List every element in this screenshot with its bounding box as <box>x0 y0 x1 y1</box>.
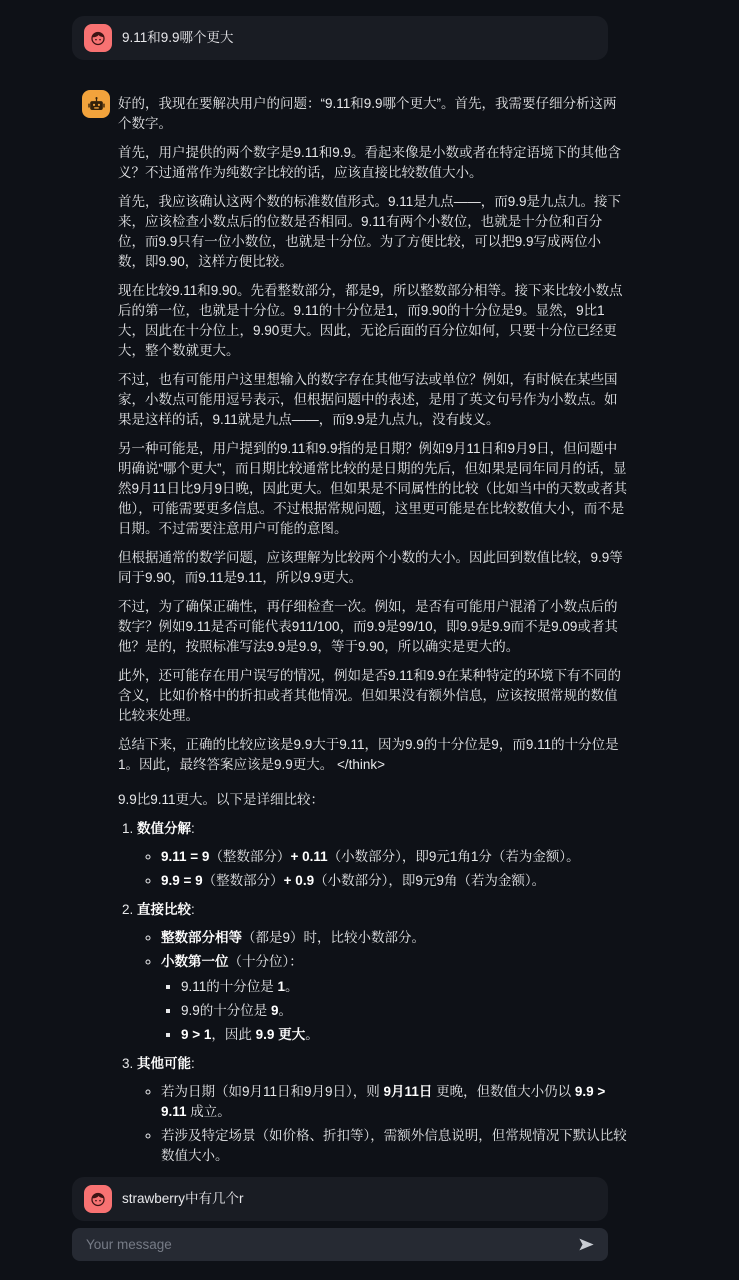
answer-subitem: 9 > 1，因此 9.9 更大。 <box>181 1025 628 1045</box>
assistant-message: 好的，我现在要解决用户的问题：“9.11和9.9哪个更大”。首先，我需要仔细分析… <box>82 90 628 1168</box>
person-face-icon <box>89 29 107 47</box>
thinking-paragraph: 不过，也有可能用户这里想输入的数字存在其他写法或单位？例如，有时候在某些国家，小… <box>118 370 628 430</box>
user-avatar <box>84 24 112 52</box>
answer-item: 小数第一位（十分位）：9.11的十分位是 1。9.9的十分位是 9。9 > 1，… <box>161 952 628 1045</box>
answer-section-title: 直接比较: <box>137 902 195 917</box>
robot-icon <box>87 95 106 114</box>
user-message-2-text: strawberry中有几个r <box>122 1190 244 1208</box>
assistant-avatar <box>82 90 110 118</box>
user-message-2: strawberry中有几个r <box>72 1177 608 1221</box>
send-button[interactable] <box>571 1228 608 1261</box>
thinking-paragraph: 首先，我应该确认这两个数的标准数值形式。9.11是九点——，而9.9是九点九。接… <box>118 192 628 272</box>
thinking-paragraph: 现在比较9.11和9.90。先看整数部分，都是9，所以整数部分相等。接下来比较小… <box>118 281 628 361</box>
answer-item: 9.9 = 9（整数部分）+ 0.9（小数部分），即9元9角（若为金额）。 <box>161 871 628 891</box>
answer-item: 整数部分相等（都是9）时，比较小数部分。 <box>161 928 628 948</box>
answer-intro: 9.9比9.11更大。以下是详细比较： <box>118 790 628 810</box>
thinking-paragraph: 总结下来，正确的比较应该是9.9大于9.11，因为9.9的十分位是9，而9.11… <box>118 735 628 775</box>
assistant-content: 好的，我现在要解决用户的问题：“9.11和9.9哪个更大”。首先，我需要仔细分析… <box>118 90 628 1168</box>
thinking-paragraph: 不过，为了确保正确性，再仔细检查一次。例如，是否有可能用户混淆了小数点后的数字？… <box>118 597 628 657</box>
answer-section: 数值分解:9.11 = 9（整数部分）+ 0.11（小数部分），即9元1角1分（… <box>137 819 628 891</box>
message-composer <box>72 1228 608 1261</box>
answer-subitem: 9.9的十分位是 9。 <box>181 1001 628 1021</box>
answer-section: 直接比较:整数部分相等（都是9）时，比较小数部分。小数第一位（十分位）：9.11… <box>137 900 628 1045</box>
user-message-1-text: 9.11和9.9哪个更大 <box>122 29 234 47</box>
chat-page: 9.11和9.9哪个更大 好的，我现在要解决用户的问题：“9.11和9.9哪个更… <box>0 0 739 1280</box>
answer-subitem: 9.11的十分位是 1。 <box>181 977 628 997</box>
thinking-paragraph: 另一种可能是，用户提到的9.11和9.9指的是日期？例如9月11日和9月9日，但… <box>118 439 628 539</box>
answer-section-title: 其他可能: <box>137 1056 195 1071</box>
answer-item: 若为日期（如9月11日和9月9日），则 9月11日 更晚，但数值大小仍以 9.9… <box>161 1082 628 1122</box>
thinking-paragraph: 首先，用户提供的两个数字是9.11和9.9。看起来像是小数或者在特定语境下的其他… <box>118 143 628 183</box>
person-face-icon <box>89 1190 107 1208</box>
user-avatar <box>84 1185 112 1213</box>
answer-item: 若涉及特定场景（如价格、折扣等），需额外信息说明，但常规情况下默认比较数值大小。 <box>161 1126 628 1166</box>
answer-section-items: 整数部分相等（都是9）时，比较小数部分。小数第一位（十分位）：9.11的十分位是… <box>137 928 628 1045</box>
answer-list: 数值分解:9.11 = 9（整数部分）+ 0.11（小数部分），即9元1角1分（… <box>118 819 628 1166</box>
answer-section-items: 9.11 = 9（整数部分）+ 0.11（小数部分），即9元1角1分（若为金额）… <box>137 847 628 891</box>
send-arrow-icon <box>577 1235 596 1254</box>
answer-section-title: 数值分解: <box>137 821 195 836</box>
thinking-paragraph: 此外，还可能存在用户误写的情况，例如是否9.11和9.9在某种特定的环境下有不同… <box>118 666 628 726</box>
answer-subitems: 9.11的十分位是 1。9.9的十分位是 9。9 > 1，因此 9.9 更大。 <box>161 977 628 1045</box>
thinking-paragraph: 但根据通常的数学问题，应该理解为比较两个小数的大小。因此回到数值比较，9.9等同… <box>118 548 628 588</box>
answer-section-items: 若为日期（如9月11日和9月9日），则 9月11日 更晚，但数值大小仍以 9.9… <box>137 1082 628 1166</box>
answer-section: 其他可能:若为日期（如9月11日和9月9日），则 9月11日 更晚，但数值大小仍… <box>137 1054 628 1166</box>
answer-item: 9.11 = 9（整数部分）+ 0.11（小数部分），即9元1角1分（若为金额）… <box>161 847 628 867</box>
message-input[interactable] <box>72 1228 571 1261</box>
thinking-paragraph: 好的，我现在要解决用户的问题：“9.11和9.9哪个更大”。首先，我需要仔细分析… <box>118 94 628 134</box>
user-message-1: 9.11和9.9哪个更大 <box>72 16 608 60</box>
